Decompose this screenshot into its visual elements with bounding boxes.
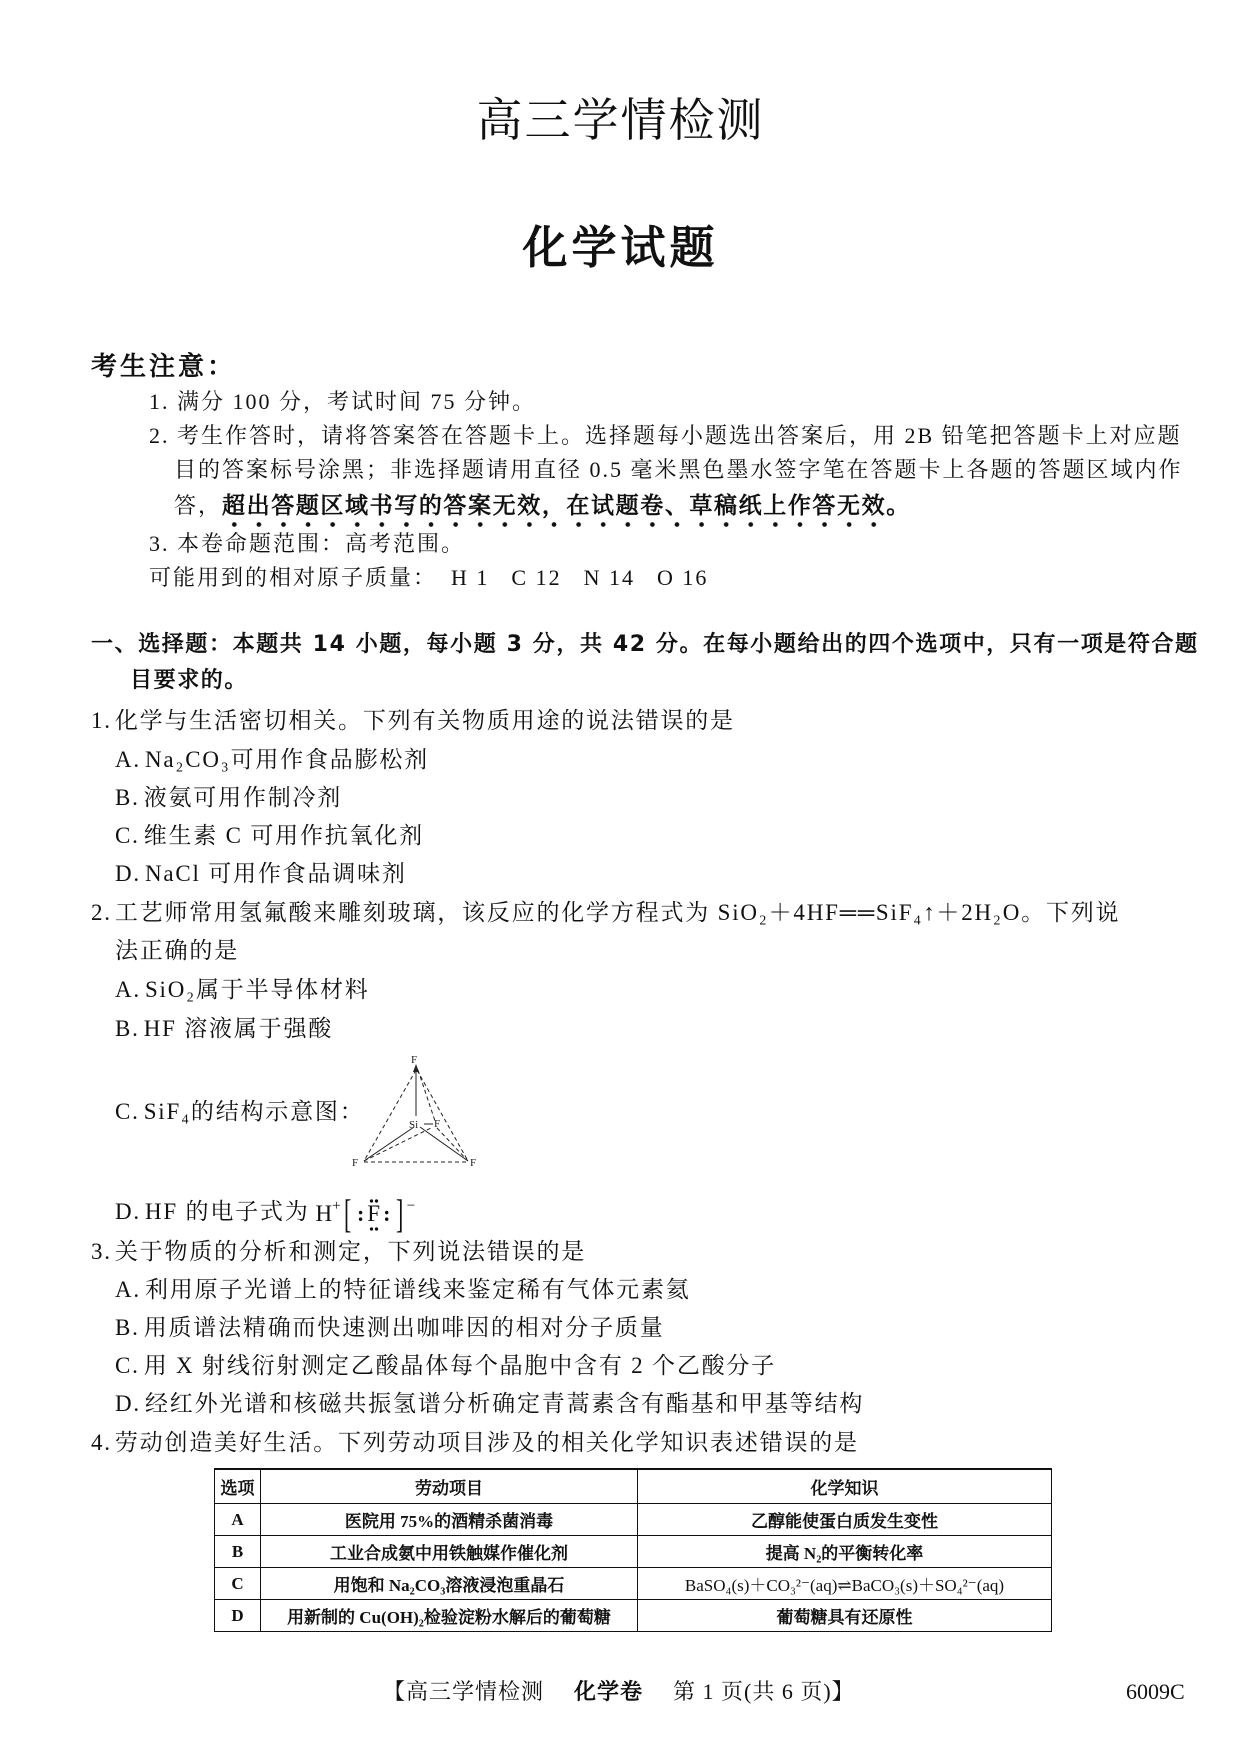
column-header-option: 选项 [215, 1469, 261, 1504]
question-1-option-c: C.维生素 C 可用作抗氧化剂 [115, 821, 424, 851]
option-label: A. [115, 747, 141, 772]
option-text: 维生素 C 可用作抗氧化剂 [144, 823, 424, 848]
option-label: D. [115, 1391, 141, 1416]
notice-heading: 考生注意： [91, 352, 236, 382]
notice-item-2-line-2: 目的答案标号涂黑；非选择题请用直径 0.5 毫米黑色墨水签字笔在答题卡上各题的答… [174, 455, 1183, 485]
question-3-option-d: D.经红外光谱和核磁共振氢谱分析确定青蒿素含有酯基和甲基等结构 [115, 1389, 864, 1419]
question-2-option-c: C.SiF₄的结构示意图： [115, 1097, 365, 1127]
question-text: 工艺师常用氢氟酸来雕刻玻璃，该反应的化学方程式为 SiO₂＋4HF══SiF₄↑… [115, 900, 1120, 925]
lone-pair-bottom-icon [369, 1227, 379, 1231]
table-cell-option: A [215, 1504, 261, 1536]
question-1-option-b: B.液氨可用作制冷剂 [115, 783, 342, 813]
footer-paper-code: 6009C [1126, 1677, 1185, 1707]
notice-item-2-lead: 答， [174, 493, 222, 518]
question-1-option-a: A.Na₂CO₃可用作食品膨松剂 [115, 745, 429, 775]
question-3-option-c: C.用 X 射线衍射测定乙酸晶体每个晶胞中含有 2 个乙酸分子 [115, 1351, 776, 1381]
option-text: SiF₄的结构示意图： [144, 1099, 365, 1124]
table-cell-chem-knowledge: 提高 N₂的平衡转化率 [638, 1536, 1052, 1568]
lone-pair-left: : [357, 1197, 364, 1231]
question-number: 1. [91, 708, 112, 733]
question-2-option-b: B.HF 溶液属于强酸 [115, 1014, 333, 1044]
anion-charge: − [407, 1199, 415, 1214]
question-text: 关于物质的分析和测定，下列说法错误的是 [115, 1239, 586, 1264]
atom-label-left-f: F [352, 1157, 358, 1167]
anion-symbol: F [367, 1201, 380, 1226]
notice-item-3: 3. 本卷命题范围：高考范围。 [149, 529, 465, 559]
bracket-open: [ [344, 1197, 351, 1231]
atom-label-si: Si [409, 1119, 418, 1131]
question-3-option-b: B.用质谱法精确而快速测出咖啡因的相对分子质量 [115, 1313, 665, 1343]
atomic-masses: 可能用到的相对原子质量：H 1C 12N 14O 16 [149, 563, 708, 593]
notice-warning-emphasis: 超出答题区域书写的答案无效，在试题卷、草稿纸上作答无效 [222, 493, 886, 528]
table-cell-labor-item: 用饱和 Na₂CO₃溶液浸泡重晶石 [261, 1568, 638, 1600]
atomic-mass-c: C 12 [511, 565, 561, 590]
table-cell-option: B [215, 1536, 261, 1568]
question-3-option-a: A.利用原子光谱上的特征谱线来鉴定稀有气体元素氦 [115, 1275, 691, 1305]
cation-charge: + [332, 1199, 340, 1214]
table-row: B 工业合成氨中用铁触媒作催化剂 提高 N₂的平衡转化率 [215, 1536, 1052, 1568]
question-text: 劳动创造美好生活。下列劳动项目涉及的相关化学知识表述错误的是 [115, 1430, 859, 1455]
table-cell-labor-item: 用新制的 Cu(OH)₂检验淀粉水解后的葡萄糖 [261, 1600, 638, 1632]
option-label: C. [115, 1353, 140, 1378]
table-cell-chem-knowledge: 葡萄糖具有还原性 [638, 1600, 1052, 1632]
footer-page-number: 第 1 页(共 6 页)】 [673, 1679, 855, 1704]
option-text: 利用原子光谱上的特征谱线来鉴定稀有气体元素氦 [145, 1277, 691, 1302]
notice-item-2-line-3: 答，超出答题区域书写的答案无效，在试题卷、草稿纸上作答无效。 [174, 491, 911, 521]
cation-symbol: H [316, 1197, 333, 1231]
atomic-mass-o: O 16 [657, 565, 708, 590]
option-text: 用质谱法精确而快速测出咖啡因的相对分子质量 [144, 1315, 665, 1340]
footer-exam-name: 【高三学情检测 [383, 1679, 544, 1704]
notice-warning-end: 。 [886, 493, 911, 519]
table-row: A 医院用 75%的酒精杀菌消毒 乙醇能使蛋白质发生变性 [215, 1504, 1052, 1536]
table-cell-option: C [215, 1568, 261, 1600]
question-number: 3. [91, 1239, 112, 1264]
option-text: HF 溶液属于强酸 [144, 1016, 333, 1041]
table-row: D 用新制的 Cu(OH)₂检验淀粉水解后的葡萄糖 葡萄糖具有还原性 [215, 1600, 1052, 1632]
column-header-labor-item: 劳动项目 [261, 1469, 638, 1504]
atomic-masses-label: 可能用到的相对原子质量： [149, 565, 437, 590]
question-1-stem: 1.化学与生活密切相关。下列有关物质用途的说法错误的是 [91, 706, 735, 736]
question-2-option-d: D.HF 的电子式为 H+ [ : F : ]− [115, 1195, 415, 1229]
atom-label-right-f: F [470, 1157, 476, 1167]
option-label: B. [115, 1016, 140, 1041]
electron-formula: H+ [ : F : ]− [316, 1197, 416, 1231]
exam-subtitle: 化学试题 [0, 220, 1241, 276]
option-text: NaCl 可用作食品调味剂 [145, 861, 407, 886]
option-label: A. [115, 977, 141, 1002]
option-label: C. [115, 1099, 140, 1124]
question-2-stem: 2.工艺师常用氢氟酸来雕刻玻璃，该反应的化学方程式为 SiO₂＋4HF══SiF… [91, 898, 1120, 928]
option-text: 液氨可用作制冷剂 [144, 785, 342, 810]
option-text: HF 的电子式为 [145, 1199, 310, 1224]
option-text: 用 X 射线衍射测定乙酸晶体每个晶胞中含有 2 个乙酸分子 [144, 1353, 776, 1378]
question-number: 2. [91, 900, 112, 925]
table-header-row: 选项 劳动项目 化学知识 [215, 1469, 1052, 1504]
question-4-table: 选项 劳动项目 化学知识 A 医院用 75%的酒精杀菌消毒 乙醇能使蛋白质发生变… [214, 1468, 1052, 1632]
notice-item-2-line-1: 2. 考生作答时，请将答案答在答题卡上。选择题每小题选出答案后，用 2B 铅笔把… [149, 421, 1182, 451]
option-label: D. [115, 861, 141, 886]
exam-title: 高三学情检测 [0, 93, 1241, 149]
column-header-chem-knowledge: 化学知识 [638, 1469, 1052, 1504]
question-3-stem: 3.关于物质的分析和测定，下列说法错误的是 [91, 1237, 586, 1267]
question-text: 化学与生活密切相关。下列有关物质用途的说法错误的是 [115, 708, 735, 733]
option-label: D. [115, 1199, 141, 1224]
notice-item-1: 1. 满分 100 分，考试时间 75 分钟。 [149, 387, 536, 417]
lone-pair-top-icon [369, 1199, 379, 1203]
atom-label-top-f: F [411, 1054, 417, 1066]
table-cell-option: D [215, 1600, 261, 1632]
table-row: C 用饱和 Na₂CO₃溶液浸泡重晶石 BaSO₄(s)＋CO₃²⁻(aq)⇌B… [215, 1568, 1052, 1600]
question-1-option-d: D.NaCl 可用作食品调味剂 [115, 859, 407, 889]
question-4-stem: 4.劳动创造美好生活。下列劳动项目涉及的相关化学知识表述错误的是 [91, 1428, 859, 1458]
page-footer: 【高三学情检测化学卷第 1 页(共 6 页)】 [383, 1677, 855, 1707]
table-cell-chem-knowledge: 乙醇能使蛋白质发生变性 [638, 1504, 1052, 1536]
option-label: B. [115, 1315, 140, 1340]
anion-atom: F [367, 1197, 380, 1231]
atomic-mass-h: H 1 [451, 565, 489, 590]
question-number: 4. [91, 1430, 112, 1455]
option-label: C. [115, 823, 140, 848]
bracket-close: ] [396, 1197, 403, 1231]
atom-label-back-f: F [434, 1118, 440, 1130]
atomic-mass-n: N 14 [584, 565, 635, 590]
footer-subject: 化学卷 [574, 1679, 643, 1704]
option-label: B. [115, 785, 140, 810]
option-text: Na₂CO₃可用作食品膨松剂 [145, 747, 429, 772]
option-label: A. [115, 1277, 141, 1302]
option-text: SiO₂属于半导体材料 [145, 977, 370, 1002]
section-heading-line-1: 一、选择题：本题共 14 小题，每小题 3 分，共 42 分。在每小题给出的四个… [91, 630, 1199, 660]
question-2-stem-continued: 法正确的是 [115, 936, 239, 966]
section-heading-line-2: 目要求的。 [130, 666, 248, 696]
option-text: 经红外光谱和核磁共振氢谱分析确定青蒿素含有酯基和甲基等结构 [145, 1391, 864, 1416]
sif4-structure-diagram: F Si F F F [340, 1045, 490, 1167]
table-cell-labor-item: 工业合成氨中用铁触媒作催化剂 [261, 1536, 638, 1568]
table-cell-chem-equation: BaSO₄(s)＋CO₃²⁻(aq)⇌BaCO₃(s)＋SO₄²⁻(aq) [638, 1568, 1052, 1600]
lone-pair-right: : [383, 1197, 390, 1231]
table-cell-labor-item: 医院用 75%的酒精杀菌消毒 [261, 1504, 638, 1536]
question-2-option-a: A.SiO₂属于半导体材料 [115, 975, 370, 1005]
